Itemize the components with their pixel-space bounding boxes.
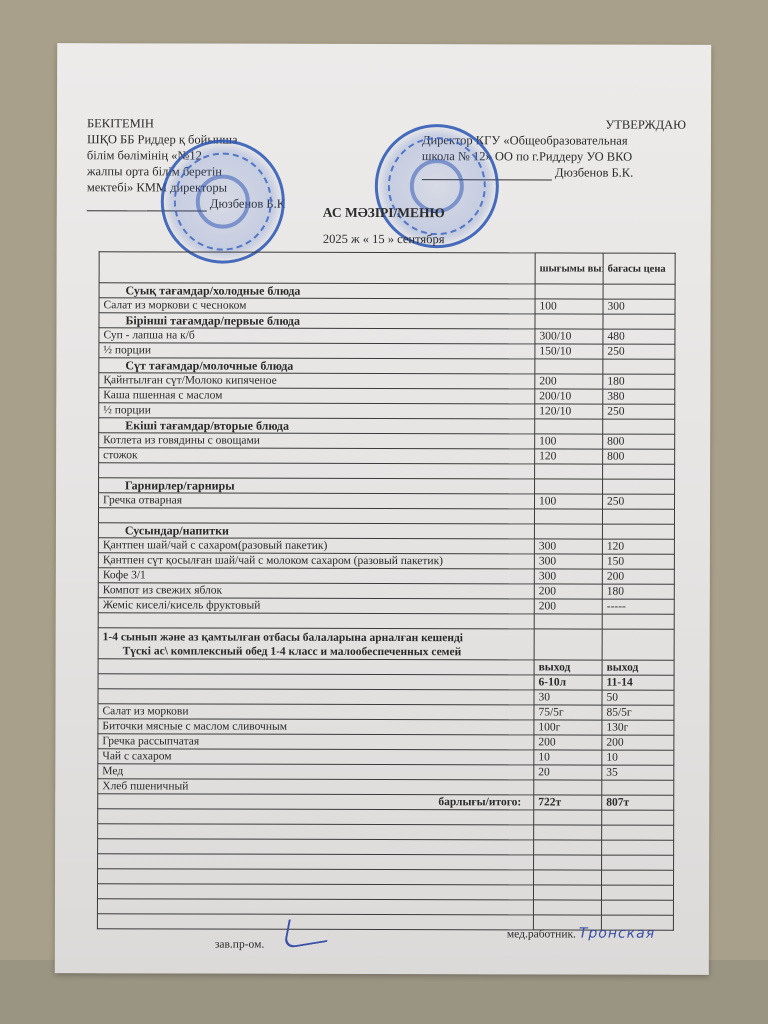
table-row: Қантпен шай/чай с сахаром(разовый пакети…: [98, 538, 674, 555]
output-11-14-cell: 130г: [602, 720, 674, 735]
output-header-cell: выход: [534, 660, 602, 675]
output-cell: [535, 419, 603, 434]
output-cell: 120: [535, 449, 603, 464]
medical-worker-signature: Тронская: [579, 926, 655, 942]
price-cell: [602, 509, 674, 524]
empty-row: [97, 899, 673, 916]
output-cell: [534, 509, 602, 524]
empty-cell: [98, 659, 534, 675]
complex-item-row: 3050: [98, 689, 674, 706]
empty-cell: [97, 884, 533, 900]
price-cell: 180: [603, 374, 675, 389]
output-11-14-cell: 200: [602, 735, 674, 750]
output-cell: 200: [534, 584, 602, 599]
output-6-10-cell: 10: [534, 750, 602, 765]
category-row: Сусындар/напитки: [98, 523, 674, 540]
empty-cell: [533, 900, 601, 915]
table-row: ½ порции120/10250: [99, 403, 675, 420]
empty-cell: [98, 869, 534, 885]
menu-table: шығымы выход бағасы цена Суық тағамдар/х…: [97, 251, 676, 931]
category-row: Екіші тағамдар/вторые блюда: [99, 418, 675, 435]
empty-cell: [534, 855, 602, 870]
dish-name-cell: Кофе 3/1: [98, 568, 534, 584]
price-cell: 120: [602, 539, 674, 554]
medical-worker-label: мед.работник.: [507, 928, 576, 940]
official-stamp-icon: [375, 124, 499, 248]
table-row: Котлета из говядины с овощами100800: [99, 433, 675, 450]
output-cell: 100: [535, 434, 603, 449]
price-cell: [603, 284, 675, 299]
dish-name-cell: Гарнирлер/гарниры: [99, 478, 535, 494]
output-cell: [535, 464, 603, 479]
complex-dish-name-cell: Чай с сахаром: [98, 749, 534, 765]
price-cell: [603, 314, 675, 329]
empty-cell: [98, 674, 534, 690]
output-6-10-cell: 200: [534, 735, 602, 750]
output-6-10-cell: 30: [534, 690, 602, 705]
total-6-10-cell: 722т: [534, 795, 602, 810]
dish-name-cell: [98, 508, 534, 524]
output-cell: 300: [534, 569, 602, 584]
dish-name-cell: Суп - лапша на к/б: [99, 328, 535, 344]
document-date: 2025 ж « 15 » сентября: [57, 230, 711, 248]
complex-dish-name-cell: Салат из моркови: [98, 704, 534, 720]
empty-cell: [602, 840, 674, 855]
empty-cell: [97, 899, 533, 915]
price-cell: 200: [602, 569, 674, 584]
complex-item-row: Биточки мясные с маслом сливочным100г130…: [98, 719, 674, 736]
output-cell: 100: [535, 494, 603, 509]
output-cell: [535, 284, 603, 299]
output-11-14-cell: 50: [602, 690, 674, 705]
category-row: Сүт тағамдар/молочные блюда: [99, 358, 675, 375]
price-cell: 250: [603, 404, 675, 419]
complex-dish-name-cell: Мед: [98, 764, 534, 780]
output-cell: 300/10: [535, 329, 603, 344]
empty-row: [98, 613, 674, 630]
empty-cell: [601, 885, 673, 900]
table-row: Кофе 3/1300200: [98, 568, 674, 585]
age-group-cell: 11-14: [602, 675, 674, 690]
output-cell: 200: [535, 374, 603, 389]
complex-lunch-title-cell: 1-4 сынып және аз қамтылған отбасы балал…: [98, 628, 534, 660]
price-cell: [603, 479, 675, 494]
price-cell: 180: [602, 584, 674, 599]
complex-dish-name-cell: Гречка рассыпчатая: [98, 734, 534, 750]
price-cell: [602, 614, 674, 629]
output-cell: 200: [534, 599, 602, 614]
table-row: Гречка отварная100250: [99, 493, 675, 510]
table-row: Суп - лапша на к/б300/10480: [99, 328, 675, 345]
category-row: Бірінші тағамдар/первые блюда: [99, 313, 675, 330]
complex-lunch-title-row: 1-4 сынып және аз қамтылған отбасы балал…: [98, 628, 674, 661]
output-6-10-cell: 20: [534, 765, 602, 780]
table-row: Жеміс киселі/кисель фруктовый200-----: [98, 598, 674, 615]
dish-name-cell: ½ порции: [99, 403, 535, 419]
dish-name-cell: Қантпен шай/чай с сахаром(разовый пакети…: [98, 538, 534, 554]
price-cell: [603, 464, 675, 479]
output-cell: [534, 614, 602, 629]
empty-row: [98, 854, 674, 871]
dish-name-cell: Салат из моркови с чесноком: [99, 298, 535, 314]
output-6-10-cell: 75/5г: [534, 705, 602, 720]
table-row: Компот из свежих яблок200180: [98, 583, 674, 600]
output-cell: [534, 524, 602, 539]
empty-cell: [534, 629, 602, 660]
empty-cell: [534, 810, 602, 825]
footer-production-manager: зав.пр-ом.: [215, 937, 264, 953]
approval-heading-left: БЕКІТЕМІН: [87, 115, 317, 132]
output-cell: 100: [535, 299, 603, 314]
table-row: Қантпен сүт қосылған шай/чай с молоком с…: [98, 553, 674, 570]
price-cell: 250: [603, 344, 675, 359]
empty-cell: [98, 854, 534, 870]
table-header-row: шығымы выход бағасы цена: [99, 252, 675, 285]
dish-name-cell: ½ порции: [99, 343, 535, 359]
output-cell: 200/10: [535, 389, 603, 404]
empty-cell: [601, 900, 673, 915]
header-output-cell: шығымы выход: [535, 253, 603, 284]
empty-row: [98, 809, 674, 826]
output-cell: 300: [534, 554, 602, 569]
dish-name-cell: Сусындар/напитки: [98, 523, 534, 539]
total-label-cell: барлығы/итого:: [98, 794, 534, 810]
complex-dish-name-cell: Хлеб пшеничный: [98, 779, 534, 795]
complex-item-row: Хлеб пшеничный: [98, 779, 674, 796]
output-cell: [535, 479, 603, 494]
empty-cell: [534, 840, 602, 855]
price-cell: [603, 419, 675, 434]
table-row: Салат из моркови с чесноком100300: [99, 298, 675, 315]
empty-cell: [602, 629, 674, 660]
price-cell: 300: [603, 299, 675, 314]
output-6-10-cell: 100г: [534, 720, 602, 735]
category-row: Гарнирлер/гарниры: [99, 478, 675, 495]
empty-cell: [98, 809, 534, 825]
output-11-14-cell: 85/5г: [602, 705, 674, 720]
production-manager-label: зав.пр-ом.: [215, 939, 264, 951]
header-price-cell: бағасы цена: [603, 253, 675, 284]
dish-name-cell: Сүт тағамдар/молочные блюда: [99, 358, 535, 374]
output-11-14-cell: 10: [602, 750, 674, 765]
dish-name-cell: [99, 463, 535, 479]
empty-row: [98, 508, 674, 525]
dish-name-cell: Суық тағамдар/холодные блюда: [99, 283, 535, 299]
empty-cell: [533, 885, 601, 900]
dish-name-cell: стожок: [99, 448, 535, 464]
age-group-cell: 6-10л: [534, 675, 602, 690]
complex-title-line2: Түскі ас\ комплексный обед 1-4 класс и м…: [103, 644, 530, 659]
menu-document-page: БЕКІТЕМІН ШҚО ББ Риддер қ бойынша білім …: [55, 43, 711, 975]
dish-name-cell: Каша пшенная с маслом: [99, 388, 535, 404]
total-11-14-cell: 807т: [602, 795, 674, 810]
empty-cell: [602, 825, 674, 840]
dish-name-cell: [98, 613, 534, 629]
price-cell: -----: [602, 599, 674, 614]
price-cell: 800: [603, 434, 675, 449]
table-row: Қайнтылған сүт/Молоко кипяченое200180: [99, 373, 675, 390]
complex-item-row: Чай с сахаром1010: [98, 749, 674, 766]
empty-cell: [534, 870, 602, 885]
output-6-10-cell: [534, 780, 602, 795]
category-row: Суық тағамдар/холодные блюда: [99, 283, 675, 300]
age-group-row: 6-10л11-14: [98, 674, 674, 691]
empty-row: [98, 869, 674, 886]
empty-cell: [534, 825, 602, 840]
output-cell: [535, 359, 603, 374]
price-cell: [603, 359, 675, 374]
empty-row: [99, 463, 675, 480]
total-row: барлығы/итого:722т807т: [98, 794, 674, 811]
dish-name-cell: Жеміс киселі/кисель фруктовый: [98, 598, 534, 614]
output-cell: 300: [534, 539, 602, 554]
table-row: стожок120800: [99, 448, 675, 465]
empty-cell: [602, 810, 674, 825]
complex-header-row: выходвыход: [98, 659, 674, 676]
header-name-cell: [99, 252, 535, 284]
table-row: ½ порции150/10250: [99, 343, 675, 360]
signatory-name-right: Дюзбенов Б.К.: [555, 165, 633, 179]
dish-name-cell: Қантпен сүт қосылған шай/чай с молоком с…: [98, 553, 534, 569]
dish-name-cell: Екіші тағамдар/вторые блюда: [99, 418, 535, 434]
dish-name-cell: Котлета из говядины с овощами: [99, 433, 535, 449]
dish-name-cell: Қайнтылған сүт/Молоко кипяченое: [99, 373, 535, 389]
empty-cell: [98, 839, 534, 855]
complex-dish-name-cell: Биточки мясные с маслом сливочным: [98, 719, 534, 735]
empty-row: [98, 824, 674, 841]
footer-medical-worker: мед.работник. Тронская: [507, 925, 655, 942]
price-cell: 480: [603, 329, 675, 344]
complex-item-row: Салат из моркови75/5г85/5г: [98, 704, 674, 721]
output-cell: 150/10: [535, 344, 603, 359]
dish-name-cell: Компот из свежих яблок: [98, 583, 534, 599]
price-cell: 800: [603, 449, 675, 464]
table-row: Каша пшенная с маслом200/10380: [99, 388, 675, 405]
price-cell: 250: [603, 494, 675, 509]
complex-item-row: Мед2035: [98, 764, 674, 781]
output-cell: 120/10: [535, 404, 603, 419]
dish-name-cell: Бірінші тағамдар/первые блюда: [99, 313, 535, 329]
empty-cell: [98, 824, 534, 840]
empty-cell: [602, 855, 674, 870]
output-11-14-cell: [602, 780, 674, 795]
output-11-14-cell: 35: [602, 765, 674, 780]
empty-row: [98, 839, 674, 856]
empty-cell: [602, 870, 674, 885]
document-title: АС МӘЗІРІ/МЕНЮ: [57, 204, 711, 222]
dish-name-cell: Гречка отварная: [99, 493, 535, 509]
price-cell: 150: [602, 554, 674, 569]
price-cell: [602, 524, 674, 539]
price-cell: 380: [603, 389, 675, 404]
output-header-cell: выход: [602, 660, 674, 675]
complex-item-row: Гречка рассыпчатая200200: [98, 734, 674, 751]
complex-dish-name-cell: [98, 689, 534, 705]
output-cell: [535, 314, 603, 329]
empty-row: [97, 884, 673, 901]
complex-title-line1: 1-4 сынып және аз қамтылған отбасы балал…: [103, 630, 530, 645]
